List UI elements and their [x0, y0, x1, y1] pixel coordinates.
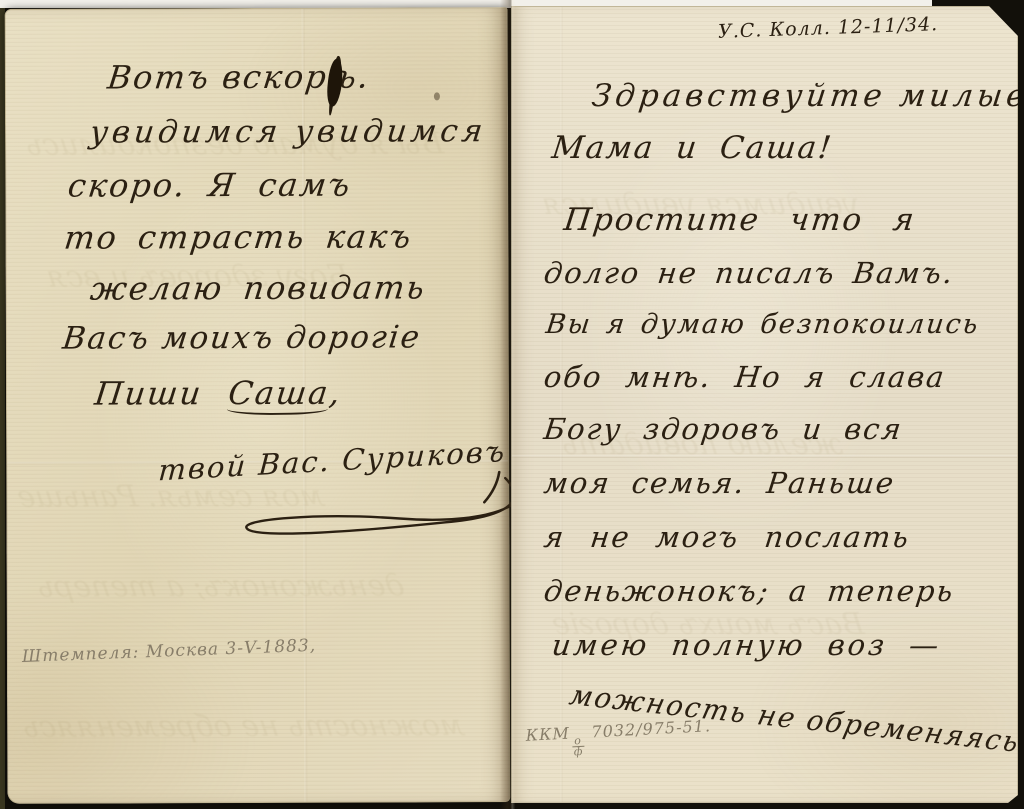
handwriting-line: то страсть какъ: [63, 220, 415, 253]
handwriting-line: имею полную воз —: [550, 631, 943, 660]
handwriting-line: Простите что я: [562, 205, 917, 236]
fold-crease-horizontal: [512, 455, 1017, 458]
handwriting-line: обо мнѣ. Но я слава: [542, 363, 947, 392]
greeting-line: Мама и Саша!: [550, 133, 834, 164]
fold-crease-vertical: [560, 7, 563, 802]
inventory-number: ККМоф 7032/975-51.: [525, 716, 712, 760]
handwriting-line: Васъ моихъ дорогіе: [61, 322, 423, 354]
inventory-fraction-bottom: ф: [574, 747, 584, 757]
addressee-name: Саша: [226, 374, 332, 415]
handwriting-line: деньжонокъ; а теперь: [542, 577, 956, 606]
handwriting-line: долго не писалъ Вамъ.: [542, 259, 956, 288]
letter-scan: Вы я думаю безпокоились Богу здоровъ и в…: [0, 0, 1024, 809]
handwriting-line: увидимся увидимся: [88, 116, 488, 148]
handwriting-line: скоро. Я самъ: [66, 169, 353, 202]
handwriting-line: желаю повидать: [89, 271, 428, 304]
bleed-through-text: деньжонокъ; а теперь: [35, 568, 406, 604]
inventory-digits: 7032/975-51.: [591, 716, 711, 741]
inventory-fraction: оф: [572, 736, 585, 758]
signature-flourish: [197, 470, 527, 561]
closing-line: Пиши Саша,: [93, 377, 344, 410]
right-page: увидимся увидимся желаю повидать Васъ мо…: [511, 6, 1018, 803]
inventory-prefix: ККМ: [525, 724, 570, 745]
ink-spot: [434, 92, 440, 100]
bleed-through-text: можность не обременяясь: [21, 708, 467, 745]
pencil-note-postmark: Штемпеля: Москва 3-V-1883,: [22, 636, 317, 667]
handwriting-line: Богу здоровъ и вся: [542, 415, 904, 444]
handwriting-line: я не могъ послать: [542, 523, 912, 552]
handwriting-line: моя семья. Раньше: [542, 469, 897, 498]
handwriting-line: Вы я думаю безпокоились: [544, 311, 981, 338]
left-page: Вы я думаю безпокоились Богу здоровъ и в…: [5, 7, 511, 804]
archive-mark: У.С. Колл. 12-11/34.: [718, 13, 939, 43]
closing-prefix: Пиши: [93, 374, 205, 412]
greeting-line: Здравствуйте милые: [590, 81, 1024, 112]
